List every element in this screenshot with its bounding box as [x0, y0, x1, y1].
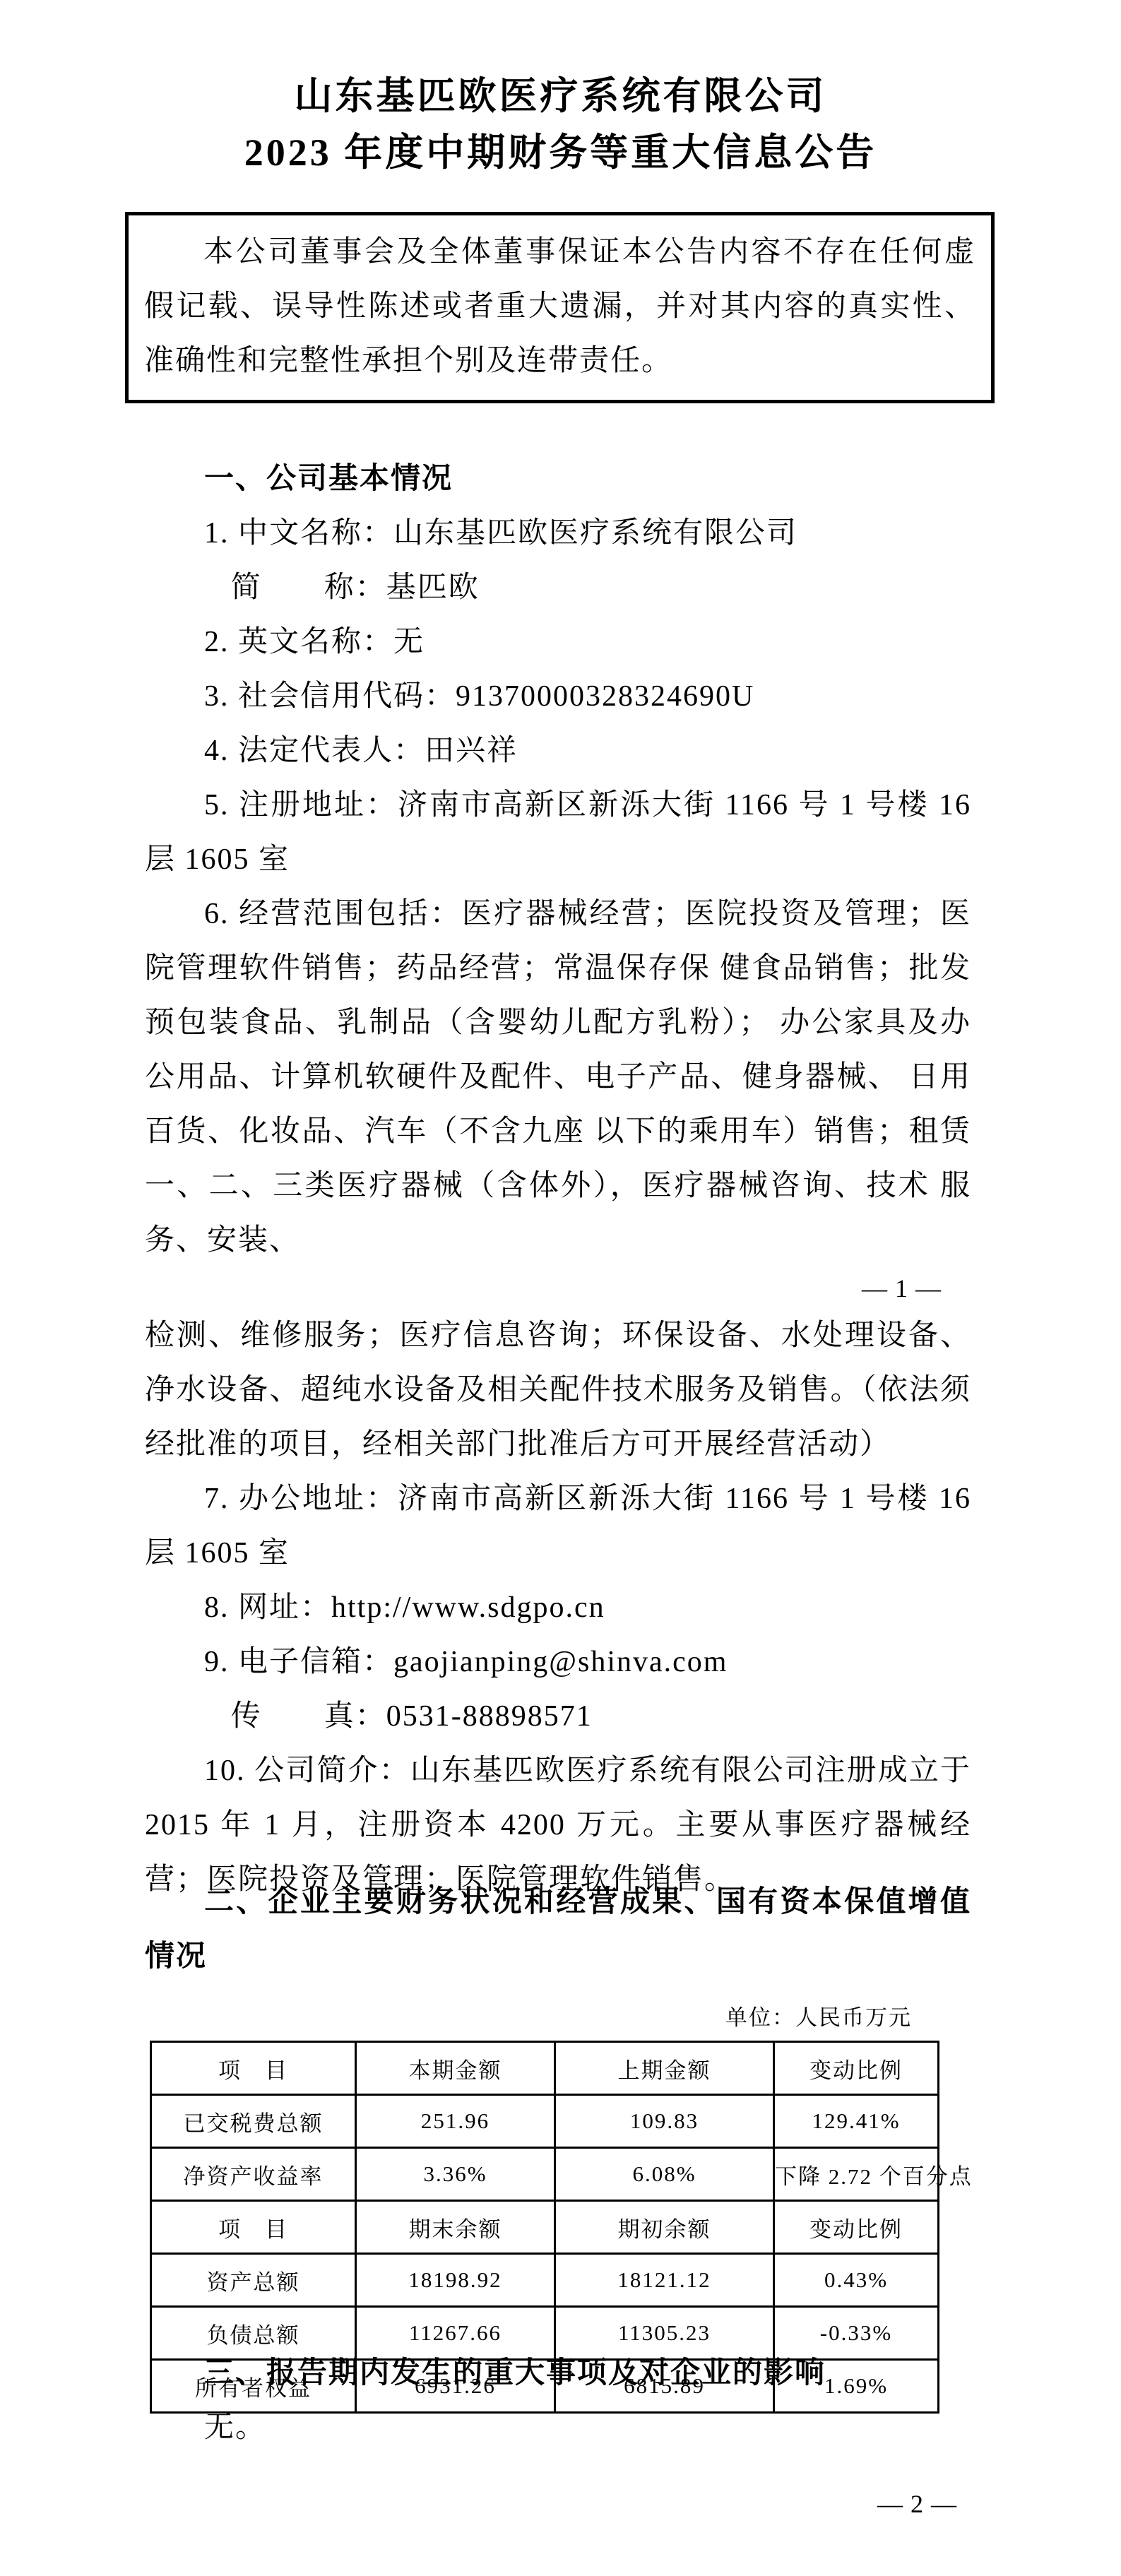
- section-major-events: 三、报告期内发生的重大事项及对企业的影响 无。 — 2 —: [145, 2346, 971, 2524]
- cell-change: 下降 2.72 个百分点: [774, 2148, 939, 2201]
- cell-change: 129.41%: [774, 2095, 939, 2148]
- cell-ending: 18198.92: [356, 2254, 555, 2307]
- header-cell-change-ratio: 变动比例: [774, 2201, 939, 2254]
- cell-beginning: 18121.12: [555, 2254, 774, 2307]
- page1-marker: — 1 —: [145, 1268, 971, 1309]
- header-cell-ending-balance: 期末余额: [356, 2201, 555, 2254]
- table-row-total-assets: 资产总额 18198.92 18121.12 0.43%: [151, 2254, 939, 2307]
- item-credit-code: 3. 社会信用代码：91370000328324690U: [145, 670, 971, 724]
- header-cell-prior-amount: 上期金额: [555, 2042, 774, 2095]
- item-legal-representative: 4. 法定代表人：田兴祥: [145, 724, 971, 778]
- table-row-taxes-paid: 已交税费总额 251.96 109.83 129.41%: [151, 2095, 939, 2148]
- item-website: 8. 网址：http://www.sdgpo.cn: [145, 1581, 971, 1635]
- table-header-row-balance: 项 目 期末余额 期初余额 变动比例: [151, 2201, 939, 2254]
- item-business-scope-part2: 检测、维修服务；医疗信息咨询；环保设备、水处理设备、净水设备、超纯水设备及相关配…: [145, 1309, 971, 1472]
- header-cell-item: 项 目: [151, 2042, 356, 2095]
- document-title: 山东基匹欧医疗系统有限公司 2023 年度中期财务等重大信息公告: [0, 68, 1121, 181]
- header-cell-current-amount: 本期金额: [356, 2042, 555, 2095]
- section-company-profile: 一、公司基本情况 1. 中文名称：山东基匹欧医疗系统有限公司 简 称：基匹欧 2…: [145, 452, 971, 1907]
- item-chinese-name: 1. 中文名称：山东基匹欧医疗系统有限公司: [145, 506, 971, 561]
- cell-label: 已交税费总额: [151, 2095, 356, 2148]
- header-cell-change-ratio: 变动比例: [774, 2042, 939, 2095]
- declaration-box: 本公司董事会及全体董事保证本公告内容不存在任何虚假记载、误导性陈述或者重大遗漏，…: [125, 212, 995, 403]
- section3-heading: 三、报告期内发生的重大事项及对企业的影响: [145, 2346, 971, 2401]
- item-office-address: 7. 办公地址：济南市高新区新泺大街 1166 号 1 号楼 16 层 1605…: [145, 1472, 971, 1581]
- table-row-roe: 净资产收益率 3.36% 6.08% 下降 2.72 个百分点: [151, 2148, 939, 2201]
- section-financials: 二、企业主要财务状况和经营成果、国有资本保值增值情况 单位：人民币万元 项 目 …: [145, 1875, 971, 2414]
- document-title-line2: 2023 年度中期财务等重大信息公告: [244, 131, 877, 174]
- item-short-name: 简 称：基匹欧: [145, 561, 971, 615]
- section1-heading: 一、公司基本情况: [145, 452, 971, 506]
- cell-prior: 109.83: [555, 2095, 774, 2148]
- cell-prior: 6.08%: [555, 2148, 774, 2201]
- section2-heading: 二、企业主要财务状况和经营成果、国有资本保值增值情况: [145, 1875, 971, 1984]
- cell-label: 资产总额: [151, 2254, 356, 2307]
- cell-current: 3.36%: [356, 2148, 555, 2201]
- item-english-name: 2. 英文名称：无: [145, 615, 971, 670]
- item-business-scope-part1: 6. 经营范围包括：医疗器械经营；医院投资及管理；医院管理软件销售；药品经营；常…: [145, 887, 971, 1268]
- document-title-line1: 山东基匹欧医疗系统有限公司: [295, 75, 827, 117]
- declaration-text: 本公司董事会及全体董事保证本公告内容不存在任何虚假记载、误导性陈述或者重大遗漏，…: [144, 225, 975, 388]
- unit-note: 单位：人民币万元: [150, 2002, 937, 2034]
- cell-change: 0.43%: [774, 2254, 939, 2307]
- cell-current: 251.96: [356, 2095, 555, 2148]
- item-registered-address: 5. 注册地址：济南市高新区新泺大街 1166 号 1 号楼 16 层 1605…: [145, 778, 971, 887]
- item-email: 9. 电子信箱：gaojianping@shinva.com: [145, 1635, 971, 1690]
- header-cell-beginning-balance: 期初余额: [555, 2201, 774, 2254]
- cell-label: 净资产收益率: [151, 2148, 356, 2201]
- page2-marker: — 2 —: [145, 2483, 971, 2524]
- table-header-row-period: 项 目 本期金额 上期金额 变动比例: [151, 2042, 939, 2095]
- section3-content: 无。: [145, 2401, 971, 2455]
- announcement-document: 山东基匹欧医疗系统有限公司 2023 年度中期财务等重大信息公告 本公司董事会及…: [0, 0, 1121, 2576]
- item-fax: 传 真：0531-88898571: [145, 1690, 971, 1744]
- header-cell-item: 项 目: [151, 2201, 356, 2254]
